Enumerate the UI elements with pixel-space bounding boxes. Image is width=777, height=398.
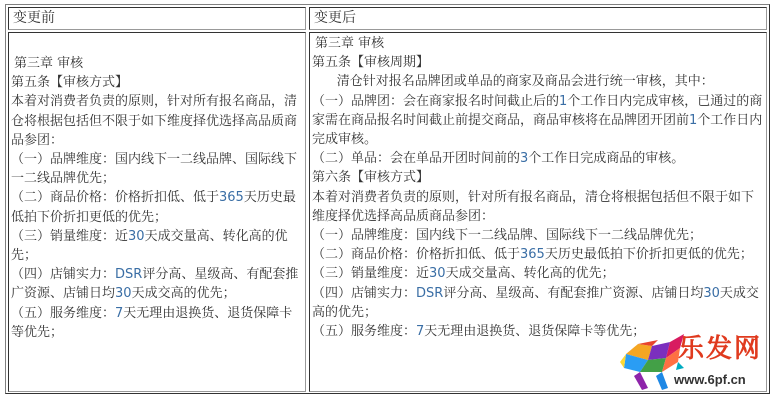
article-title: 第五条【审核方式】 xyxy=(11,73,305,92)
list-item: （一）品牌维度：国内线下一二线品牌、国际线下一二线品牌优先； xyxy=(312,226,766,245)
list-item: （二）商品价格：价格折扣低、低于365天历史最低拍下价折扣更低的优先； xyxy=(312,245,766,264)
list-item: （一）品牌维度：国内线下一二线品牌、国际线下一二线品牌优先； xyxy=(11,150,305,188)
header-after: 变更后 xyxy=(309,7,767,30)
list-item: （四）店铺实力：DSR评分高、星级高、有配套推广资源、店铺日均30天成交高的优先… xyxy=(312,284,766,322)
list-item: （三）销量维度：近30天成交量高、转化高的优先； xyxy=(312,264,766,283)
list-item: （五）服务维度：7天无理由退换货、退货保障卡等优先； xyxy=(11,304,305,342)
list-item: （四）店铺实力：DSR评分高、星级高、有配套推广资源、店铺日均30天成交高的优先… xyxy=(11,265,305,303)
list-item: （二）商品价格：价格折扣低、低于365天历史最低拍下价折扣更低的优先； xyxy=(11,188,305,226)
chapter-title: 第三章 审核 xyxy=(312,34,766,53)
after-content: 第三章 审核 第五条【审核周期】 清仓针对报名品牌团或单品的商家及商品会进行统一… xyxy=(309,32,767,392)
list-item: （三）销量维度：近30天成交量高、转化高的优先； xyxy=(11,227,305,265)
paragraph: 清仓针对报名品牌团或单品的商家及商品会进行统一审核，其中： xyxy=(312,72,766,91)
paragraph: 本着对消费者负责的原则，针对所有报名商品，清仓将根据包括但不限于如下维度择优选择… xyxy=(11,92,305,150)
list-item: （五）服务维度：7天无理由退换货、退货保障卡等优先； xyxy=(312,322,766,341)
chapter-title: 第三章 审核 xyxy=(11,54,305,73)
article-title: 第五条【审核周期】 xyxy=(312,53,766,72)
list-item: （二）单品：会在单品开团时间前的3个工作日完成商品的审核。 xyxy=(312,149,766,168)
before-content: 第三章 审核 第五条【审核方式】 本着对消费者负责的原则，针对所有报名商品，清仓… xyxy=(8,32,306,392)
header-before: 变更前 xyxy=(8,7,306,30)
article-title: 第六条【审核方式】 xyxy=(312,168,766,187)
paragraph: 本着对消费者负责的原则，针对所有报名商品，清仓将根据包括但不限于如下维度择优选择… xyxy=(312,188,766,226)
list-item: （一）品牌团：会在商家报名时间截止后的1个工作日内完成审核，已通过的商家需在商品… xyxy=(312,92,766,150)
